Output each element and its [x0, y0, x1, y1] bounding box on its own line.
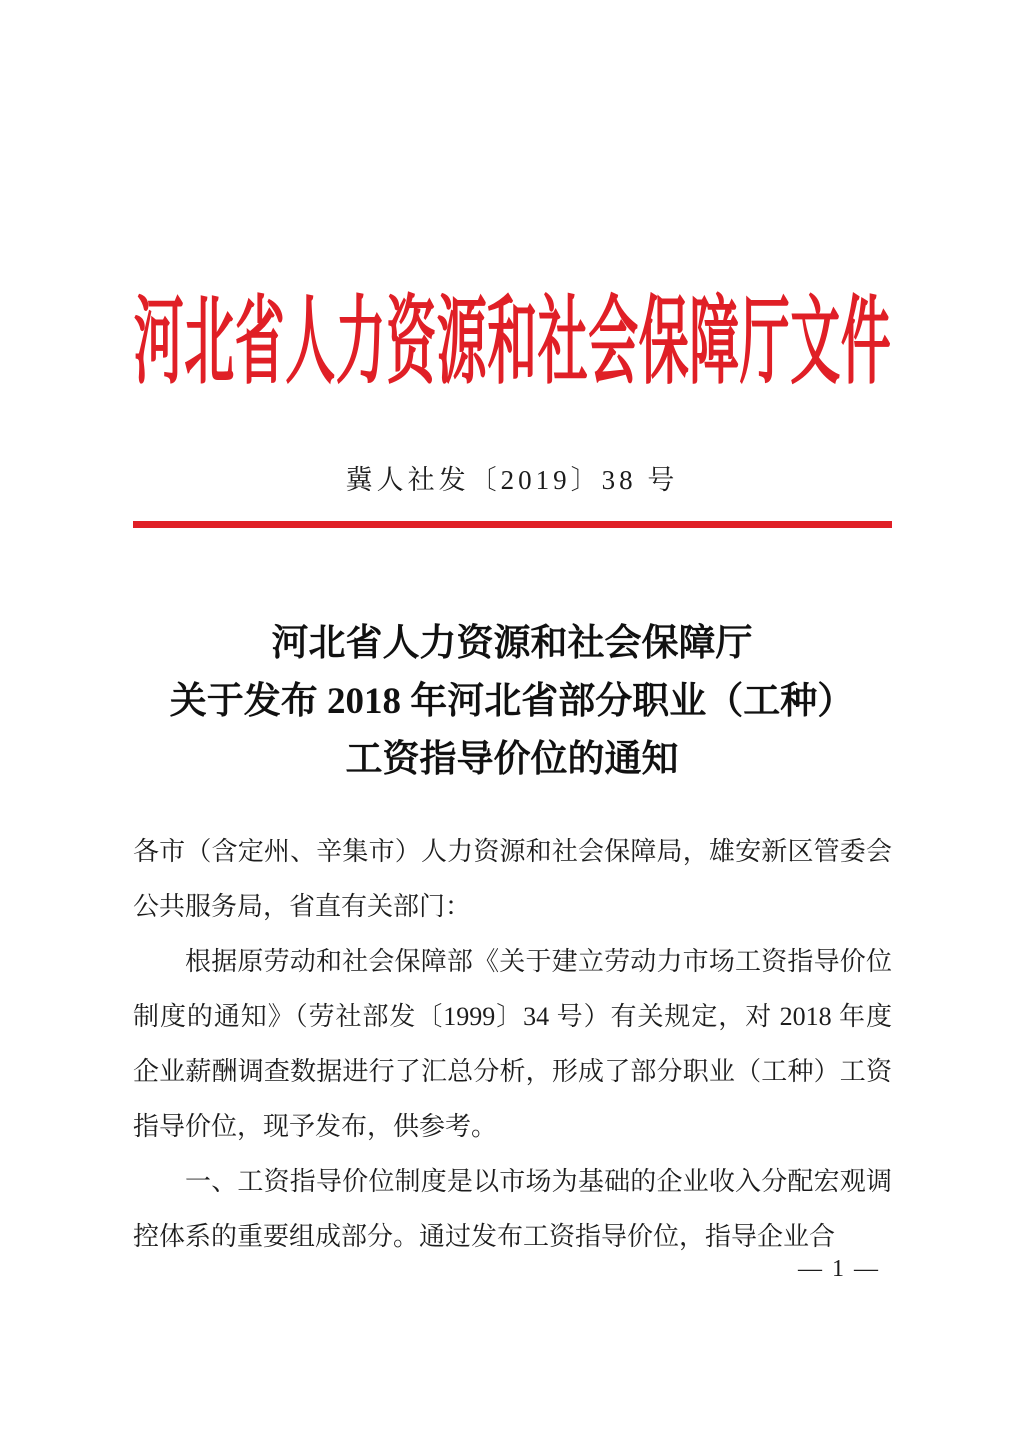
- paragraph-basis: 根据原劳动和社会保障部《关于建立劳动力市场工资指导价位制度的通知》（劳社部发〔1…: [133, 934, 892, 1154]
- notice-title-line-1: 河北省人力资源和社会保障厅: [83, 615, 941, 673]
- notice-title-line-2: 关于发布 2018 年河北省部分职业（工种）: [83, 673, 941, 731]
- notice-title-line-3: 工资指导价位的通知: [83, 731, 941, 789]
- red-separator-line: [133, 521, 892, 528]
- document-reference-number: 冀人社发〔2019〕38 号: [0, 463, 1024, 498]
- notice-title: 河北省人力资源和社会保障厅 关于发布 2018 年河北省部分职业（工种） 工资指…: [83, 615, 941, 789]
- notice-body: 各市（含定州、辛集市）人力资源和社会保障局，雄安新区管委会公共服务局，省直有关部…: [133, 824, 892, 1264]
- letterhead-banner-title: 河北省人力资源和社会保障厅文件: [133, 292, 892, 393]
- document-page: 河北省人力资源和社会保障厅文件 冀人社发〔2019〕38 号 河北省人力资源和社…: [0, 0, 1024, 1449]
- paragraph-addressees: 各市（含定州、辛集市）人力资源和社会保障局，雄安新区管委会公共服务局，省直有关部…: [133, 824, 892, 934]
- page-number: — 1 —: [798, 1256, 880, 1283]
- paragraph-item-one: 一、工资指导价位制度是以市场为基础的企业收入分配宏观调控体系的重要组成部分。通过…: [133, 1154, 892, 1264]
